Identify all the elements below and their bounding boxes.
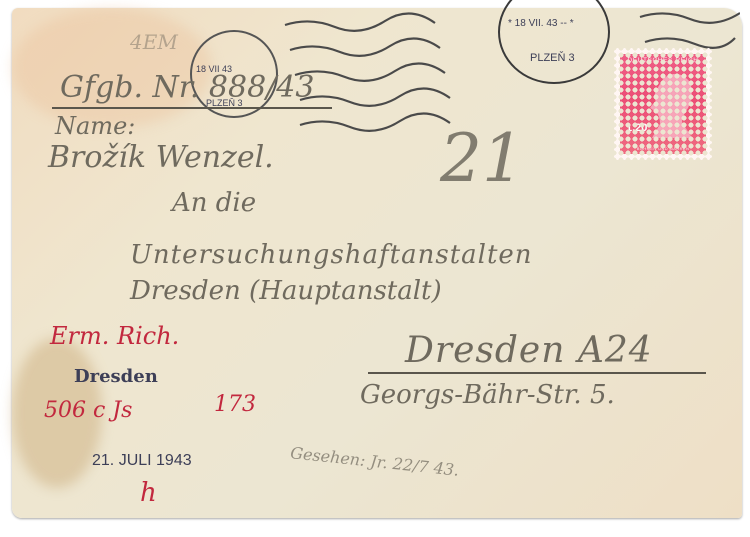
recipient-line2: Dresden (Hauptanstalt) — [130, 276, 442, 306]
portrait-profile-icon — [650, 68, 694, 138]
stain-topleft — [12, 8, 212, 128]
name-label: Name: — [55, 112, 135, 140]
faint-top-note: 4EM — [130, 30, 178, 54]
to-line: An die — [172, 188, 256, 218]
red-reference: 506 c Js — [44, 398, 132, 423]
red-note: Erm. Rich. — [50, 322, 179, 350]
dresden-stamp: Dresden — [74, 366, 158, 387]
sender-name: Brožík Wenzel. — [48, 140, 274, 175]
file-number-underline — [52, 107, 332, 109]
received-date-stamp: 21. JULI 1943 — [92, 452, 192, 470]
postage-country: DEUTSCHES REICH — [620, 57, 706, 64]
large-number: 21 — [440, 120, 524, 197]
recipient-city: Dresden A24 — [405, 330, 653, 371]
recipient-street: Georgs-Bähr-Str. 5. — [360, 380, 615, 410]
postmark-right-place: PLZEŇ 3 — [530, 52, 575, 64]
recipient-line1: Untersuchungshaftanstalten — [130, 240, 533, 270]
red-number: 173 — [214, 392, 256, 417]
file-number: Gfgb. Nr. 888/43 — [60, 70, 314, 105]
red-mark: h — [140, 478, 157, 508]
postmark-right-date: * 18 VII. 43 -- * — [508, 18, 574, 29]
postage-value: 1.20 — [626, 122, 647, 134]
postage-bottom-text: BÖHMEN UND MÄHREN — [620, 146, 706, 151]
city-underline — [368, 372, 706, 374]
postage-stamp: DEUTSCHES REICH 1.20 BÖHMEN UND MÄHREN — [614, 48, 712, 160]
